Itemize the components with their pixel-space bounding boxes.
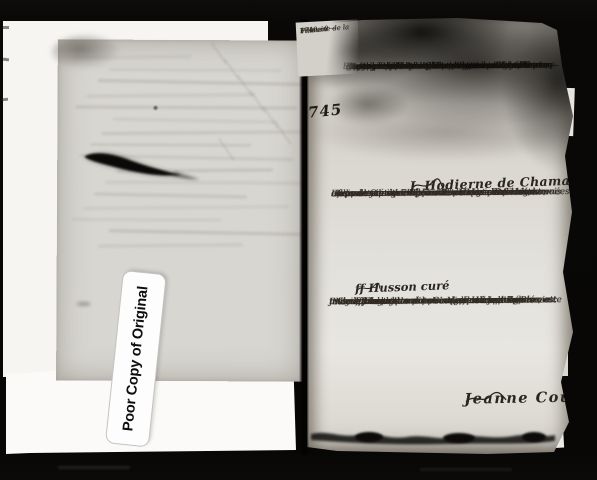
paraph-flourish	[355, 281, 381, 294]
signature-husson-cure: ff Husson curé	[330, 268, 355, 311]
film-band-smear	[420, 468, 512, 471]
signature-jeanne-coutelle: Jeanne Coutellé	[425, 374, 465, 426]
ink-spot	[154, 106, 158, 110]
film-edge-mark	[3, 26, 9, 29]
ink-smudge	[75, 143, 205, 189]
bleed-stroke	[87, 93, 256, 97]
page-gutter	[299, 19, 309, 455]
paraph-flourish	[409, 177, 443, 192]
handwritten-line: moy ff Husson curé Nicolas Lapannes	[332, 295, 524, 307]
corner-annotation: Villaume de laPitarain —1740 - 0——	[296, 19, 361, 76]
bleed-stroke	[72, 55, 192, 59]
folio-number: 745	[307, 100, 343, 121]
bleed-stroke	[112, 117, 277, 123]
handwritten-line: ——	[300, 25, 314, 36]
bleed-stroke	[83, 205, 289, 209]
film-edge-mark	[2, 98, 8, 102]
bleed-stroke	[109, 229, 311, 235]
film-band-smear	[58, 466, 130, 469]
ink-spot	[76, 301, 90, 306]
bleed-stroke	[94, 192, 247, 197]
bleedthrough-text	[56, 39, 304, 381]
bleed-stroke	[98, 79, 324, 86]
microfilm-scan: Poor Copy of Original 745 Registre — con…	[0, 0, 597, 480]
film-edge-mark	[3, 58, 9, 62]
bottom-edge-smudge	[309, 426, 561, 450]
bleed-stroke	[109, 68, 282, 71]
signature-hodierne-chamarande: J. Hodierne de Chamarande	[380, 164, 410, 210]
bleed-stroke	[72, 218, 221, 221]
bleed-stroke	[98, 243, 243, 247]
right-page-register: 745 Registre — contenant — feuillets —po…	[307, 18, 575, 454]
paraph-flourish	[464, 390, 508, 407]
left-page-blank	[56, 39, 304, 381]
bleed-stroke	[275, 122, 291, 145]
bleed-stroke	[101, 130, 319, 134]
